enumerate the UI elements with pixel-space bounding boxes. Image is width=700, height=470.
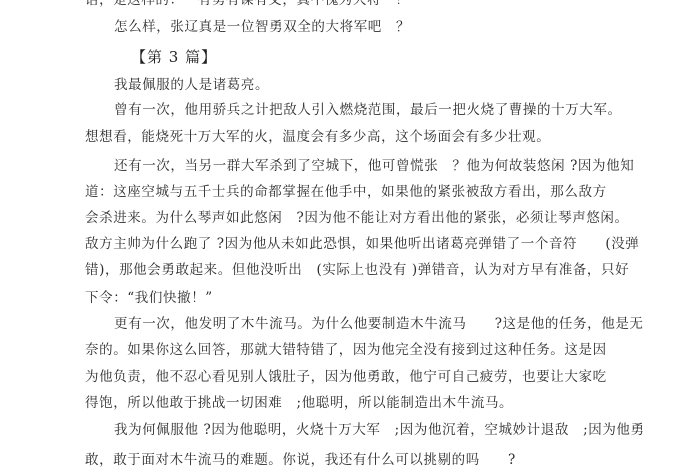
paragraph-wooden-ox-line-1: 更有一次，他发明了木牛流马。为什么他要制造木牛流马 ?这是他的任务，他是无: [114, 316, 644, 332]
document-page: 语，是这样的：一有勇有谋有义，真不愧为大将 ！ 怎么样，张辽真是一位智勇双全的大…: [0, 0, 700, 470]
paragraph-fire-line-1: 曾有一次，他用骄兵之计把敌人引入燃烧范围，最后一把火烧了曹操的十万大军。: [114, 102, 622, 118]
paragraph-intro: 我最佩服的人是诸葛亮。: [114, 77, 269, 93]
paragraph-empty-city-line-3: 会杀进来。为什么琴声如此悠闲 ?因为他不能让对方看出他的紧张，必须让琴声悠闲。: [85, 210, 629, 226]
paragraph-empty-city-line-5: 错)，那他会勇敢起来。但他没听出 (实际上也没有 )弹错音，认为对方早有准备，只…: [85, 262, 629, 278]
paragraph-conclusion-line-1: 我为何佩服他 ?因为他聪明，火烧十万大军 ;因为他沉着，空城妙计退敌 ;因为他勇: [114, 422, 645, 438]
paragraph-conclusion-line-2: 敢，敢于面对木牛流马的难题。你说，我还有什么可以挑剔的吗 ?: [85, 452, 516, 468]
text-line-zhangliao-conclusion: 怎么样，张辽真是一位智勇双全的大将军吧 ？: [114, 19, 410, 35]
section-heading: 【第 3 篇】: [131, 48, 217, 66]
paragraph-wooden-ox-line-2: 奈的。如果你这么回答，那就大错特错了，因为他完全没有接到过这种任务。这是因: [85, 342, 607, 358]
paragraph-empty-city-line-4: 敌方主帅为什么跑了 ?因为他从未如此恐惧，如果他听出诸葛亮弹错了一个音符 (没弹: [85, 236, 639, 252]
text-line-prev-fragment: 语，是这样的：一有勇有谋有义，真不愧为大将 ！: [85, 0, 409, 8]
paragraph-empty-city-line-2: 道：这座空城与五千士兵的命都掌握在他手中，如果他的紧张被敌方看出，那么敌方: [85, 184, 607, 200]
paragraph-empty-city-line-1: 还有一次，当另一群大军杀到了空城下，他可曾慌张 ？他为何故装悠闲 ?因为他知: [114, 158, 634, 174]
paragraph-empty-city-line-6: 下令：“我们快撤！”: [85, 290, 213, 306]
paragraph-wooden-ox-line-3: 为他负责，他不忍心看见别人饿肚子，因为他勇敢，他宁可自己疲劳，也要让大家吃: [85, 369, 607, 385]
paragraph-fire-line-2: 想想看，能烧死十万大军的火，温度会有多少高，这个场面会有多少壮观。: [85, 129, 550, 145]
paragraph-wooden-ox-line-4: 得饱，所以他敢于挑战一切困难 ;他聪明，所以能制造出木牛流马。: [85, 395, 513, 411]
